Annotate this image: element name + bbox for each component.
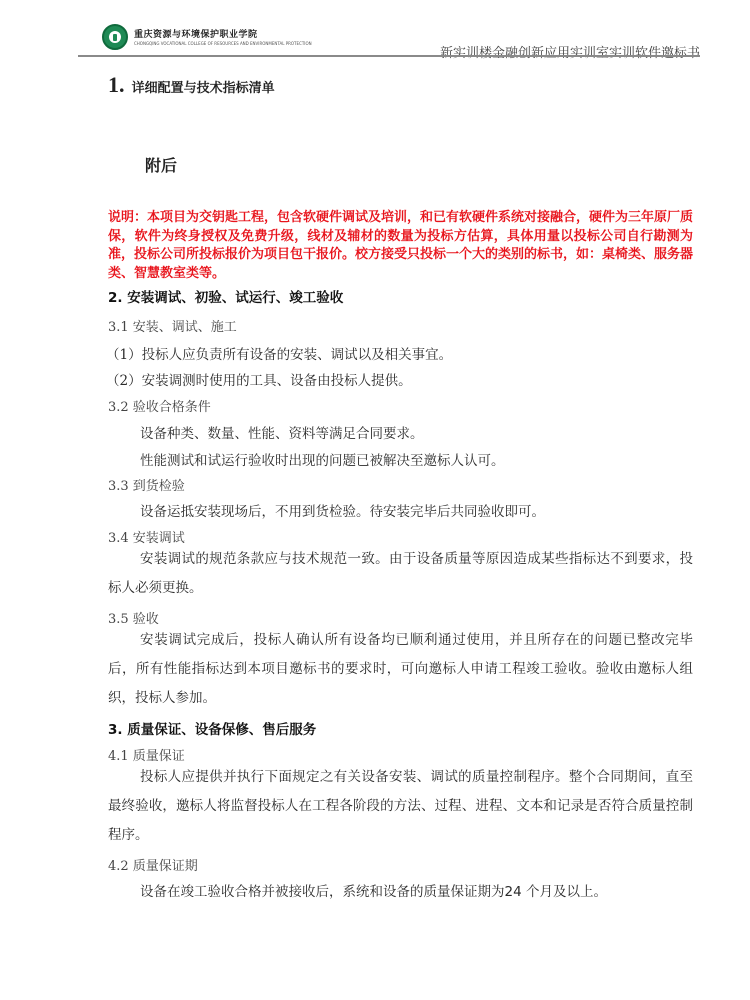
list-item: （2）安装调测时使用的工具、设备由投标人提供。: [106, 369, 412, 389]
subsection-3-5-title: 3.5 验收: [108, 608, 159, 627]
list-item: 性能测试和试运行验收时出现的问题已被解决至邀标人认可。: [140, 449, 505, 469]
school-name-en: CHONGQING VOCATIONAL COLLEGE OF RESOURCE…: [134, 41, 312, 46]
page-header: 重庆资源与环境保护职业学院 CHONGQING VOCATIONAL COLLE…: [78, 14, 700, 56]
subsection-4-1-title: 4.1 质量保证: [108, 745, 185, 764]
warranty-text-before: 设备在竣工验收合格并被接收后，系统和设备的质量保证期为: [140, 884, 505, 900]
paragraph: 设备运抵安装现场后，不用到货检验。待安装完毕后共同验收即可。: [140, 500, 545, 520]
heading-1-text: 详细配置与技术指标清单: [132, 81, 275, 96]
paragraph: 安装调试的规范条款应与技术规范一致。由于设备质量等原因造成某些指标达不到要求，投…: [108, 545, 693, 603]
subsection-3-3-title: 3.3 到货检验: [108, 475, 185, 494]
subsection-4-2-title: 4.2 质量保证期: [108, 855, 198, 874]
section-2-title: 2. 安装调试、初验、试运行、竣工验收: [108, 286, 343, 306]
paragraph: 安装调试完成后，投标人确认所有设备均已顺利通过使用，并且所存在的问题已整改完毕后…: [108, 626, 693, 713]
header-divider: [78, 55, 700, 57]
paragraph: 投标人应提供并执行下面规定之有关设备安装、调试的质量控制程序。整个合同期间，直至…: [108, 763, 693, 850]
paragraph: 设备在竣工验收合格并被接收后，系统和设备的质量保证期为24 个月及以上。: [140, 880, 607, 900]
section-3-title: 3. 质量保证、设备保修、售后服务: [108, 718, 316, 738]
college-emblem-icon: [102, 24, 128, 50]
warranty-text-after: 个月及以上。: [526, 884, 607, 900]
school-name: 重庆资源与环境保护职业学院: [134, 27, 258, 40]
appendix-label: 附后: [145, 153, 177, 176]
document-title: 新实训楼金融创新应用实训室实训软件邀标书: [440, 42, 700, 61]
list-item: 设备种类、数量、性能、资料等满足合同要求。: [140, 422, 424, 442]
list-item: （1）投标人应负责所有设备的安装、调试以及相关事宜。: [106, 343, 452, 363]
red-note: 说明：本项目为交钥匙工程，包含软硬件调试及培训，和已有软硬件系统对接融合，硬件为…: [108, 209, 693, 283]
subsection-3-2-title: 3.2 验收合格条件: [108, 396, 211, 415]
heading-1-number: 1.: [108, 72, 125, 97]
subsection-3-4-title: 3.4 安装调试: [108, 527, 185, 546]
warranty-months: 24: [505, 884, 522, 900]
heading-1: 1. 详细配置与技术指标清单: [108, 72, 275, 98]
subsection-3-1-title: 3.1 安装、调试、施工: [108, 316, 237, 335]
